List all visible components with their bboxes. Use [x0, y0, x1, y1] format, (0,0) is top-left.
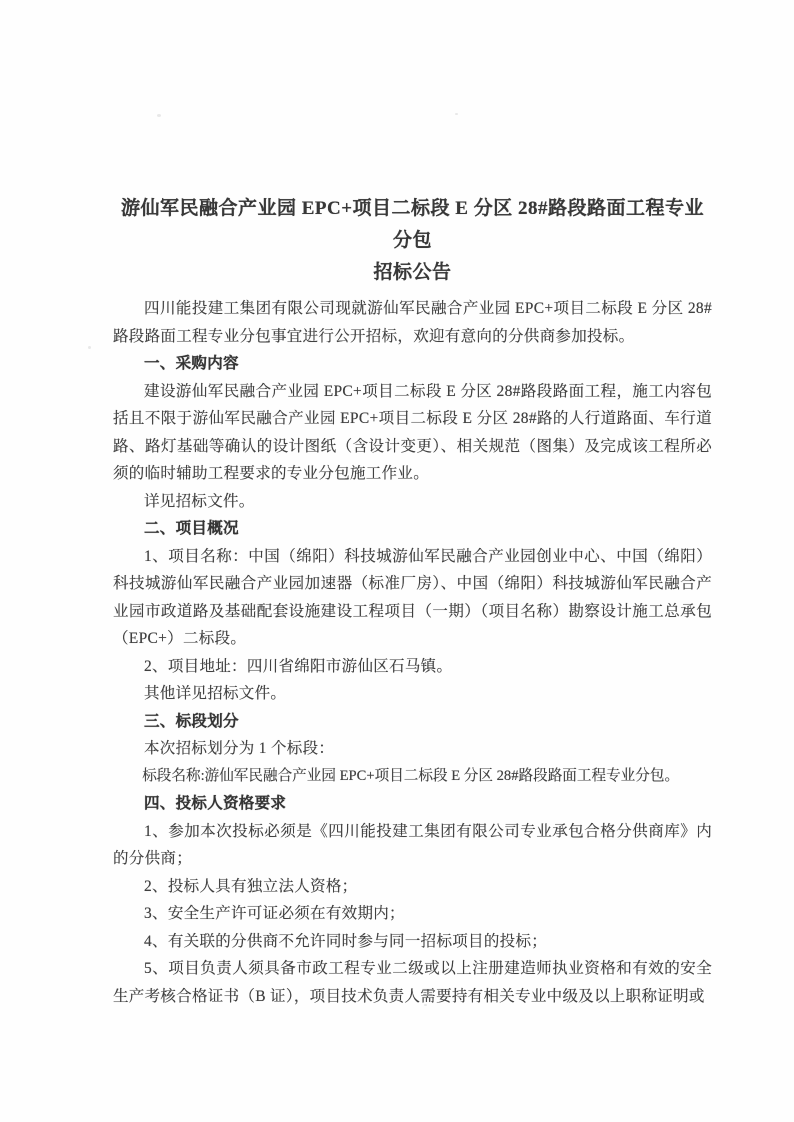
section-heading: 三、标段划分	[113, 708, 712, 736]
document-content: 游仙军民融合产业园 EPC+项目二标段 E 分区 28#路段路面工程专业分包 招…	[113, 193, 712, 1010]
paragraph: 四川能投建工集团有限公司现就游仙军民融合产业园 EPC+项目二标段 E 分区 2…	[113, 295, 712, 350]
paragraph: 详见招标文件。	[113, 488, 712, 516]
document-title-line1: 游仙军民融合产业园 EPC+项目二标段 E 分区 28#路段路面工程专业分包	[121, 198, 704, 251]
paragraph: 建设游仙军民融合产业园 EPC+项目二标段 E 分区 28#路段路面工程，施工内…	[113, 378, 712, 488]
section-heading: 一、采购内容	[113, 350, 712, 378]
paragraph: 2、项目地址：四川省绵阳市游仙区石马镇。	[113, 653, 712, 681]
scan-artifact	[88, 346, 91, 349]
document-title: 游仙军民融合产业园 EPC+项目二标段 E 分区 28#路段路面工程专业分包 招…	[113, 193, 712, 289]
section-heading: 二、项目概况	[113, 515, 712, 543]
paragraph: 4、有关联的分供商不允许同时参与同一招标项目的投标；	[113, 928, 712, 956]
document-title-line2: 招标公告	[373, 262, 451, 283]
paragraph: 3、安全生产许可证必须在有效期内；	[113, 900, 712, 928]
scan-artifact	[455, 113, 458, 115]
paragraph: 5、项目负责人须具备市政工程专业二级或以上注册建造师执业资格和有效的安全生产考核…	[113, 955, 712, 1010]
document-body: 四川能投建工集团有限公司现就游仙军民融合产业园 EPC+项目二标段 E 分区 2…	[113, 295, 712, 1010]
section-heading: 四、投标人资格要求	[113, 790, 712, 818]
paragraph: 本次招标划分为 1 个标段：	[113, 735, 712, 763]
paragraph: 其他详见招标文件。	[113, 680, 712, 708]
scan-artifact	[157, 114, 161, 117]
paragraph: 标段名称:游仙军民融合产业园 EPC+项目二标段 E 分区 28#路段路面工程专…	[113, 763, 712, 791]
scanned-document-page: 游仙军民融合产业园 EPC+项目二标段 E 分区 28#路段路面工程专业分包 招…	[0, 0, 794, 1122]
paragraph: 1、项目名称：中国（绵阳）科技城游仙军民融合产业园创业中心、中国（绵阳）科技城游…	[113, 543, 712, 653]
paragraph: 2、投标人具有独立法人资格；	[113, 873, 712, 901]
paragraph: 1、参加本次投标必须是《四川能投建工集团有限公司专业承包合格分供商库》内的分供商…	[113, 818, 712, 873]
